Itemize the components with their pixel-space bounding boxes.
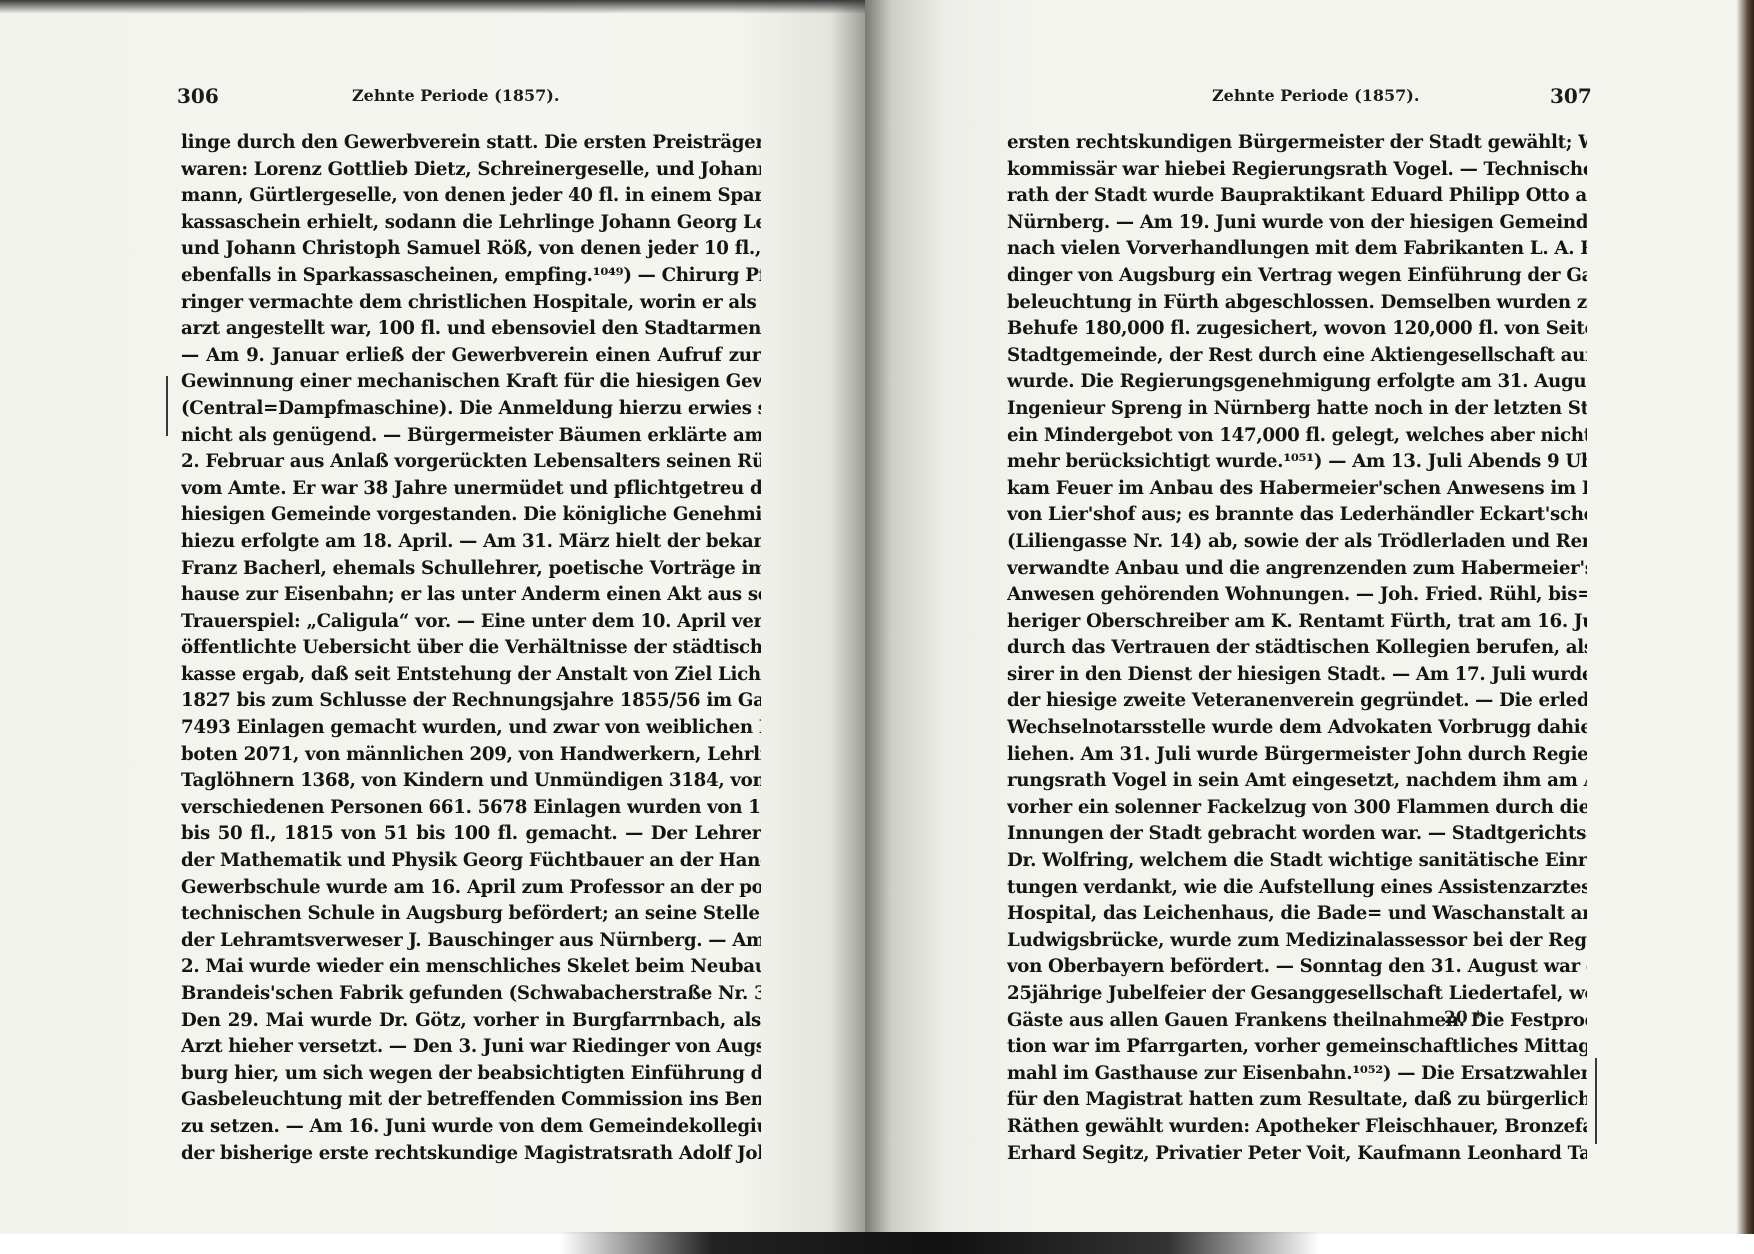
text-line: linge durch den Gewerbverein statt. Die … [181, 130, 761, 157]
text-line: Hospital, das Leichenhaus, die Bade= und… [1007, 901, 1587, 928]
text-line: dinger von Augsburg ein Vertrag wegen Ei… [1007, 263, 1587, 290]
text-line: ringer vermachte dem christlichen Hospit… [181, 290, 761, 317]
left-page-body: linge durch den Gewerbverein statt. Die … [181, 130, 761, 1167]
text-line: (Central=Dampfmaschine). Die Anmeldung h… [181, 396, 761, 423]
margin-pencil-mark [1595, 1058, 1597, 1144]
page-edge-shadow [0, 0, 900, 14]
text-line: der hiesige zweite Veteranenverein gegrü… [1007, 688, 1587, 715]
text-line: verschiedenen Personen 661. 5678 Einlage… [181, 795, 761, 822]
text-line: Dr. Wolfring, welchem die Stadt wichtige… [1007, 848, 1587, 875]
text-line: wurde. Die Regierungsgenehmigung erfolgt… [1007, 369, 1587, 396]
margin-pencil-mark [166, 376, 168, 436]
text-line: öffentlichte Uebersicht über die Verhält… [181, 635, 761, 662]
text-line: vom Amte. Er war 38 Jahre unermüdet und … [181, 476, 761, 503]
text-line: kasse ergab, daß seit Entstehung der Ans… [181, 662, 761, 689]
text-line: liehen. Am 31. Juli wurde Bürgermeister … [1007, 742, 1587, 769]
right-page-body: ersten rechtskundigen Bürgermeister der … [1007, 130, 1587, 1167]
text-line: 7493 Einlagen gemacht wurden, und zwar v… [181, 715, 761, 742]
text-line: mann, Gürtlergeselle, von denen jeder 40… [181, 183, 761, 210]
text-line: ebenfalls in Sparkassascheinen, empfing.… [181, 263, 761, 290]
text-line: tion war im Pfarrgarten, vorher gemeinsc… [1007, 1034, 1587, 1061]
running-head: Zehnte Periode (1857). [352, 86, 559, 105]
running-head: Zehnte Periode (1857). [1212, 86, 1419, 105]
text-line: Wechselnotarsstelle wurde dem Advokaten … [1007, 715, 1587, 742]
text-line: hiezu erfolgte am 18. April. — Am 31. Mä… [181, 529, 761, 556]
text-line: Innungen der Stadt gebracht worden war. … [1007, 821, 1587, 848]
text-line: mahl im Gasthause zur Eisenbahn.¹⁰⁵²) — … [1007, 1061, 1587, 1088]
text-line: boten 2071, von männlichen 209, von Hand… [181, 742, 761, 769]
text-line: mehr berücksichtigt wurde.¹⁰⁵¹) — Am 13.… [1007, 449, 1587, 476]
text-line: Stadtgemeinde, der Rest durch eine Aktie… [1007, 343, 1587, 370]
book-spread: 306 Zehnte Periode (1857). linge durch d… [0, 0, 1754, 1234]
text-line: und Johann Christoph Samuel Röß, von den… [181, 236, 761, 263]
text-line: von Lier'shof aus; es brannte das Lederh… [1007, 502, 1587, 529]
text-line: Ingenieur Spreng in Nürnberg hatte noch … [1007, 396, 1587, 423]
text-line: 2. Februar aus Anlaß vorgerückten Lebens… [181, 449, 761, 476]
text-line: 25jährige Jubelfeier der Gesanggesellsch… [1007, 981, 1587, 1008]
text-line: rungsrath Vogel in sein Amt eingesetzt, … [1007, 768, 1587, 795]
text-line: Gewinnung einer mechanischen Kraft für d… [181, 369, 761, 396]
text-line: Trauerspiel: „Caligula“ vor. — Eine unte… [181, 609, 761, 636]
text-line: von Oberbayern befördert. — Sonntag den … [1007, 954, 1587, 981]
text-line: zu setzen. — Am 16. Juni wurde von dem G… [181, 1114, 761, 1141]
text-line: 2. Mai wurde wieder ein menschliches Ske… [181, 954, 761, 981]
text-line: verwandte Anbau und die angrenzenden zum… [1007, 556, 1587, 583]
text-line: Arzt hieher versetzt. — Den 3. Juni war … [181, 1034, 761, 1061]
text-line: hiesigen Gemeinde vorgestanden. Die köni… [181, 502, 761, 529]
text-line: Gäste aus allen Gauen Frankens theilnahm… [1007, 1008, 1587, 1035]
text-line: vorher ein solenner Fackelzug von 300 Fl… [1007, 795, 1587, 822]
text-line: Ludwigsbrücke, wurde zum Medizinalassess… [1007, 928, 1587, 955]
text-line: sirer in den Dienst der hiesigen Stadt. … [1007, 662, 1587, 689]
text-line: bis 50 fl., 1815 von 51 bis 100 fl. gema… [181, 821, 761, 848]
page-number: 306 [177, 84, 219, 108]
text-line: für den Magistrat hatten zum Resultate, … [1007, 1087, 1587, 1114]
text-line: Nürnberg. — Am 19. Juni wurde von der hi… [1007, 210, 1587, 237]
text-line: nach vielen Vorverhandlungen mit dem Fab… [1007, 236, 1587, 263]
text-line: technischen Schule in Augsburg befördert… [181, 901, 761, 928]
text-line: 1827 bis zum Schlusse der Rechnungsjahre… [181, 688, 761, 715]
text-line: Gasbeleuchtung mit der betreffenden Comm… [181, 1087, 761, 1114]
text-line: Anwesen gehörenden Wohnungen. — Joh. Fri… [1007, 582, 1587, 609]
text-line: ersten rechtskundigen Bürgermeister der … [1007, 130, 1587, 157]
text-line: der bisherige erste rechtskundige Magist… [181, 1141, 761, 1168]
text-line: waren: Lorenz Gottlieb Dietz, Schreinerg… [181, 157, 761, 184]
text-line: hause zur Eisenbahn; er las unter Anderm… [181, 582, 761, 609]
text-line: burg hier, um sich wegen der beabsichtig… [181, 1061, 761, 1088]
page-number: 307 [1550, 84, 1592, 108]
text-line: Gewerbschule wurde am 16. April zum Prof… [181, 875, 761, 902]
text-line: Behufe 180,000 fl. zugesichert, wovon 12… [1007, 316, 1587, 343]
right-page: Zehnte Periode (1857). 307 ersten rechts… [865, 0, 1754, 1234]
text-line: tungen verdankt, wie die Aufstellung ein… [1007, 875, 1587, 902]
text-line: der Mathematik und Physik Georg Füchtbau… [181, 848, 761, 875]
text-line: (Liliengasse Nr. 14) ab, sowie der als T… [1007, 529, 1587, 556]
text-line: — Am 9. Januar erließ der Gewerbverein e… [181, 343, 761, 370]
text-line: Taglöhnern 1368, von Kindern und Unmündi… [181, 768, 761, 795]
text-line: kassaschein erhielt, sodann die Lehrling… [181, 210, 761, 237]
text-line: Franz Bacherl, ehemals Schullehrer, poet… [181, 556, 761, 583]
text-line: heriger Oberschreiber am K. Rentamt Fürt… [1007, 609, 1587, 636]
text-line: durch das Vertrauen der städtischen Koll… [1007, 635, 1587, 662]
text-line: ein Mindergebot von 147,000 fl. gelegt, … [1007, 423, 1587, 450]
text-line: Den 29. Mai wurde Dr. Götz, vorher in Bu… [181, 1008, 761, 1035]
text-line: Erhard Segitz, Privatier Peter Voit, Kau… [1007, 1141, 1587, 1168]
text-line: kommissär war hiebei Regierungsrath Voge… [1007, 157, 1587, 184]
text-line: arzt angestellt war, 100 fl. und ebensov… [181, 316, 761, 343]
signature-mark: 20 * [1444, 1008, 1482, 1028]
text-line: der Lehramtsverweser J. Bauschinger aus … [181, 928, 761, 955]
text-line: nicht als genügend. — Bürgermeister Bäum… [181, 423, 761, 450]
left-page: 306 Zehnte Periode (1857). linge durch d… [0, 0, 865, 1234]
text-line: kam Feuer im Anbau des Habermeier'schen … [1007, 476, 1587, 503]
text-line: Brandeis'schen Fabrik gefunden (Schwabac… [181, 981, 761, 1008]
text-line: beleuchtung in Fürth abgeschlossen. Dems… [1007, 290, 1587, 317]
text-line: rath der Stadt wurde Baupraktikant Eduar… [1007, 183, 1587, 210]
text-line: Räthen gewählt wurden: Apotheker Fleisch… [1007, 1114, 1587, 1141]
binding-shadow [560, 1232, 1320, 1254]
